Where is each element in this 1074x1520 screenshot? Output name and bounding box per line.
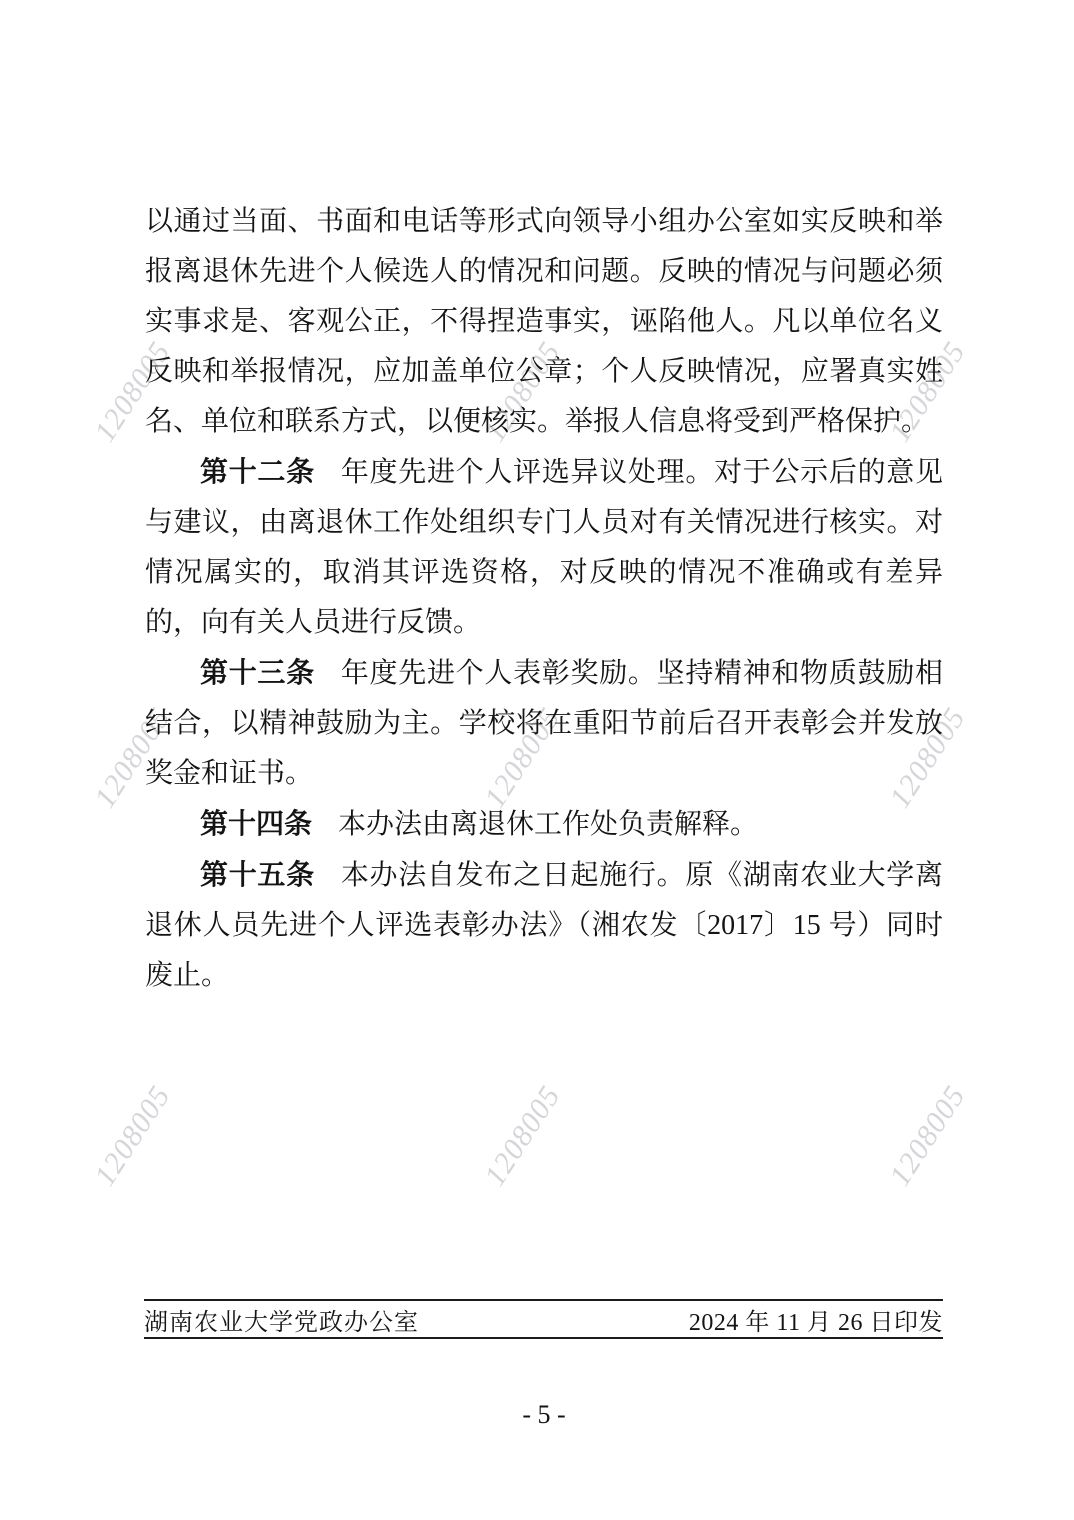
section-label: 第十五条: [200, 859, 315, 890]
issuing-office: 湖南农业大学党政办公室: [144, 1302, 419, 1337]
paragraph-text: 本办法由离退休工作处负责解释。: [338, 809, 758, 840]
section-label: 第十三条: [200, 657, 315, 688]
watermark: 1208005: [883, 1080, 973, 1192]
paragraph-article-13: 第十三条年度先进个人表彰奖励。坚持精神和物质鼓励相结合，以精神鼓励为主。学校将在…: [145, 648, 943, 799]
paragraph-text: 以通过当面、书面和电话等形式向领导小组办公室如实反映和举报离退休先进个人候选人的…: [145, 206, 943, 437]
paragraph-article-14: 第十四条本办法由离退休工作处负责解释。: [145, 799, 943, 850]
section-label: 第十二条: [200, 456, 315, 487]
page-number: - 5 -: [145, 1400, 943, 1430]
paragraph-continuation: 以通过当面、书面和电话等形式向领导小组办公室如实反映和举报离退休先进个人候选人的…: [145, 197, 943, 447]
print-date: 2024 年 11 月 26 日印发: [689, 1302, 943, 1337]
document-footer: 湖南农业大学党政办公室 2024 年 11 月 26 日印发: [144, 1299, 943, 1339]
document-body: 以通过当面、书面和电话等形式向领导小组办公室如实反映和举报离退休先进个人候选人的…: [145, 197, 943, 1001]
paragraph-article-15: 第十五条本办法自发布之日起施行。原《湖南农业大学离退休人员先进个人评选表彰办法》…: [145, 850, 943, 1001]
section-label: 第十四条: [200, 808, 312, 839]
document-page: 1208005 1208005 1208005 1208005 1208005 …: [0, 0, 1074, 1520]
watermark: 1208005: [478, 1080, 568, 1192]
paragraph-article-12: 第十二条年度先进个人评选异议处理。对于公示后的意见与建议，由离退休工作处组织专门…: [145, 447, 943, 648]
watermark: 1208005: [88, 1080, 178, 1192]
